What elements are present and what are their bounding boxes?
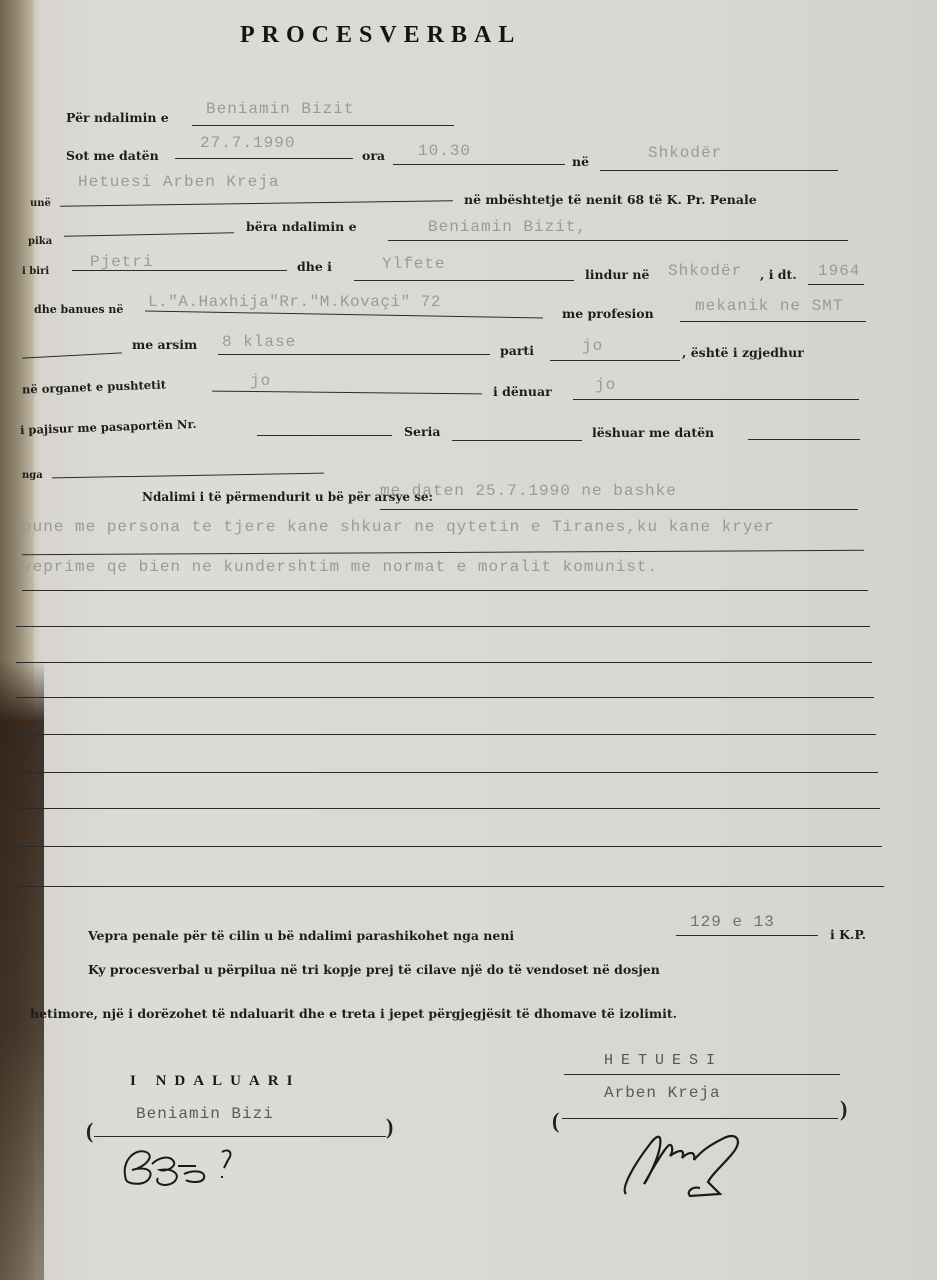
investigator-paren-left: ( <box>552 1108 559 1134</box>
ne-label: në <box>572 154 589 169</box>
sot-me-daten-value: 27.7.1990 <box>200 134 295 152</box>
investigator-signature-line <box>562 1118 838 1119</box>
arsim-pre-line <box>22 352 122 358</box>
leshuar-label: lëshuar me datën <box>592 425 714 440</box>
investigator-name: Arben Kreja <box>604 1084 721 1102</box>
binding-shadow <box>0 660 44 1280</box>
mbeshtetje-label: në mbështetje të nenit 68 të K. Pr. Pena… <box>464 192 757 207</box>
profesion-line <box>680 321 866 322</box>
bera-ndalimin-label: bëra ndalimin e <box>246 219 357 234</box>
parti-line <box>550 360 680 361</box>
per-ndalimin-label: Për ndalimin e <box>66 110 169 125</box>
seria-label: Seria <box>404 424 440 439</box>
blank-rule <box>16 697 874 698</box>
i-dt-label: , i dt. <box>760 267 797 282</box>
arsim-line <box>218 354 490 355</box>
detainee-paren-left: ( <box>86 1118 93 1144</box>
parti-label: parti <box>500 343 534 358</box>
vepra-label: Vepra penale për të cilin u bë ndalimi p… <box>88 928 514 943</box>
denuar-value: jo <box>595 376 616 394</box>
dhe-i-value: Ylfete <box>382 255 446 273</box>
detainee-name: Beniamin Bizi <box>136 1105 274 1123</box>
leshuar-line <box>748 439 860 440</box>
denuar-line <box>573 399 859 400</box>
copies-line-2: hetimore, një i dorëzohet të ndaluarit d… <box>30 1006 677 1021</box>
neni-value: 129 e 13 <box>690 913 775 931</box>
arsim-label: me arsim <box>132 337 197 352</box>
banues-label: dhe banues në <box>34 303 123 316</box>
investigator-signature <box>616 1122 756 1202</box>
une-label: unë <box>30 198 51 209</box>
reason-rule-2 <box>22 550 864 555</box>
investigator-title-line <box>564 1074 840 1075</box>
detainee-signature-line <box>94 1136 386 1137</box>
blank-rule <box>16 808 880 809</box>
document-page: PROCESVERBAL Për ndalimin e Beniamin Biz… <box>0 0 937 1280</box>
reason-line-3: veprime qe bien ne kundershtim me normat… <box>22 558 658 576</box>
dhe-i-label: dhe i <box>297 259 332 274</box>
blank-rule <box>16 772 878 773</box>
zgjedhur-label: , është i zgjedhur <box>682 345 804 360</box>
ora-value: 10.30 <box>418 142 471 160</box>
blank-rule <box>16 626 870 627</box>
investigator-title: HETUESI <box>604 1052 723 1069</box>
investigator-paren-right: ) <box>840 1096 847 1122</box>
document-title: PROCESVERBAL <box>240 22 521 49</box>
ne-line <box>600 170 838 171</box>
reason-rule-1 <box>380 509 858 510</box>
une-line <box>60 200 453 206</box>
i-dt-line <box>808 284 864 285</box>
blank-rule <box>16 846 882 847</box>
i-dt-value: 1964 <box>818 262 860 280</box>
neni-line <box>676 935 818 936</box>
sot-me-daten-line <box>175 158 353 159</box>
bera-ndalimin-line <box>388 240 848 241</box>
ora-label: ora <box>362 148 385 163</box>
banues-value: L."A.Haxhija"Rr."M.Kovaçi" 72 <box>148 293 441 311</box>
ora-line <box>393 164 565 165</box>
per-ndalimin-value: Beniamin Bizit <box>206 100 354 118</box>
detainee-paren-right: ) <box>386 1114 393 1140</box>
denuar-label: i dënuar <box>493 384 552 399</box>
organet-line <box>212 391 482 395</box>
copies-line-1: Ky procesverbal u përpilua në tri kopje … <box>88 962 660 977</box>
lindur-value: Shkodër <box>668 262 742 280</box>
dhe-i-line <box>354 280 574 281</box>
pasaporte-line <box>257 435 392 436</box>
reason-line-1: me daten 25.7.1990 ne bashke <box>380 482 677 500</box>
nga-line <box>52 473 324 479</box>
pasaporte-label: i pajisur me pasaportën Nr. <box>20 417 197 437</box>
arsim-value: 8 klase <box>222 333 296 351</box>
detainee-title: I NDALUARI <box>130 1073 300 1090</box>
detainee-signature <box>118 1140 248 1190</box>
i-biri-label: i biri <box>22 266 49 277</box>
kp-label: i K.P. <box>830 927 866 942</box>
organet-value: jo <box>250 372 271 390</box>
reason-rule-3 <box>22 590 868 591</box>
reason-line-2: pune me persona te tjere kane shkuar ne … <box>22 518 775 536</box>
pika-label: pika <box>28 236 52 247</box>
profesion-label: me profesion <box>562 306 654 321</box>
banues-line <box>145 311 543 319</box>
blank-rule <box>16 662 872 663</box>
sot-me-daten-label: Sot me datën <box>66 148 159 163</box>
blank-rule <box>16 734 876 735</box>
organet-label: në organet e pushtetit <box>22 377 166 396</box>
nga-label: nga <box>22 470 43 481</box>
une-value: Hetuesi Arben Kreja <box>78 173 279 191</box>
seria-line <box>452 440 582 441</box>
parti-value: jo <box>582 337 603 355</box>
per-ndalimin-line <box>192 125 454 126</box>
blank-rule <box>16 886 884 887</box>
pika-line <box>64 232 234 237</box>
lindur-label: lindur në <box>585 267 649 282</box>
bera-ndalimin-value: Beniamin Bizit, <box>428 218 587 236</box>
ne-value: Shkodër <box>648 144 722 162</box>
i-biri-value: Pjetri <box>90 253 154 271</box>
profesion-value: mekanik ne SMT <box>695 297 843 315</box>
